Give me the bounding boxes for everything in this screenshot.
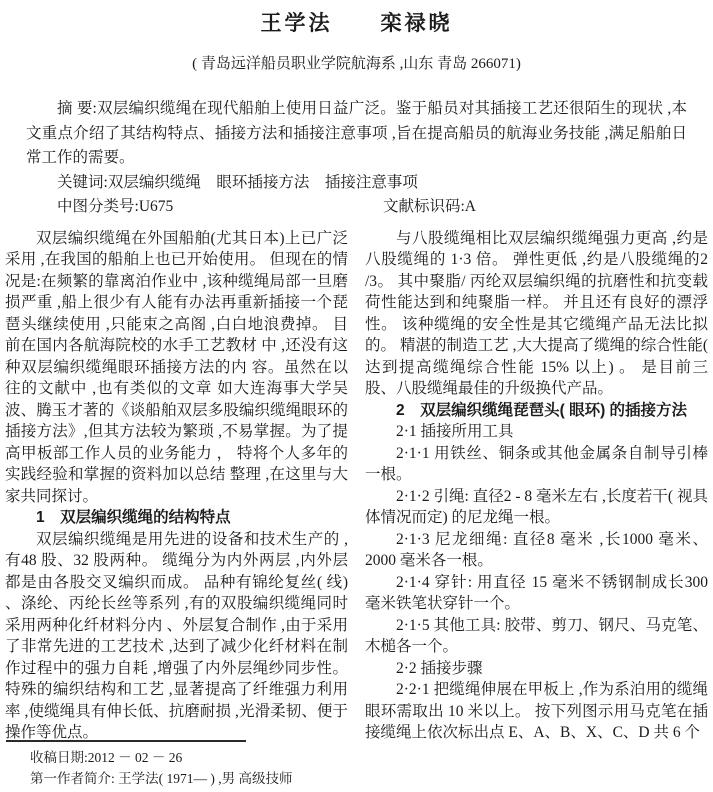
keywords-line: 关键词:双层编织缆绳 眼环插接方法 插接注意事项 — [26, 171, 687, 196]
tool-item-2-1-4: 2·1·4 穿针: 用直径 15 毫米不锈钢制成长300 毫米铁笔状穿针一个。 — [365, 572, 708, 615]
tool-item-2-1-3: 2·1·3 尼龙细绳: 直径8 毫米 ,长1000 毫米、2000 毫米各一根。 — [365, 529, 708, 572]
clc-number: 中图分类号:U675 — [26, 195, 383, 220]
first-author-bio: 第一作者简介: 王学法( 1971— ) ,男 高级技师 — [6, 768, 356, 789]
keywords-text: 双层编织缆绳 眼环插接方法 插接注意事项 — [108, 174, 418, 191]
affiliation: ( 青岛远洋船员职业学院航海系 ,山东 青岛 266071) — [0, 53, 713, 75]
footnote-divider — [6, 740, 246, 742]
tool-item-2-1-5: 2·1·5 其他工具: 胶带、剪刀、钢尺、马克笔、木槌各一个。 — [365, 615, 708, 658]
document-code: 文献标识码:A — [383, 195, 476, 220]
tool-item-2-1-1: 2·1·1 用铁丝、铜条或其他金属条自制导引棒一根。 — [365, 443, 708, 486]
doc-code-label: 文献标识码: — [383, 198, 465, 215]
keywords-label: 关键词: — [57, 174, 108, 191]
subsection-heading-2-2: 2·2 插接步骤 — [365, 658, 708, 680]
comparison-paragraph: 与八股缆绳相比双层编织缆绳强力更高 ,约是八股缆绳的 1·3 倍。 弹性更低 ,… — [365, 228, 708, 400]
abstract-paragraph: 摘 要:双层编织缆绳在现代船舶上使用日益广泛。鉴于船员对其插接工艺还很陌生的现状… — [26, 97, 687, 171]
clc-value: U675 — [139, 198, 173, 215]
left-column: 双层编织缆绳在外国船舶(尤其日本)上已广泛采用 ,在我国的船舶上也已开始使用。 … — [5, 228, 348, 744]
structure-paragraph: 双层编织缆绳是用先进的设备和技术生产的 ,有48 股、32 股两种。 缆绳分为内… — [5, 529, 348, 744]
intro-paragraph: 双层编织缆绳在外国船舶(尤其日本)上已广泛采用 ,在我国的船舶上也已开始使用。 … — [5, 228, 348, 508]
footnote: 收稿日期:2012 － 02 － 26 第一作者简介: 王学法( 1971— )… — [6, 740, 356, 789]
section-heading-2: 2 双层编织缆绳琵琶头( 眼环) 的插接方法 — [365, 400, 708, 422]
front-matter: 摘 要:双层编织缆绳在现代船舶上使用日益广泛。鉴于船员对其插接工艺还很陌生的现状… — [26, 97, 687, 220]
classification-row: 中图分类号:U675 文献标识码:A — [26, 195, 687, 220]
clc-label: 中图分类号: — [57, 198, 139, 215]
received-date: 收稿日期:2012 － 02 － 26 — [6, 747, 356, 768]
tool-item-2-1-2: 2·1·2 引绳: 直径2 - 8 毫米左右 ,长度若干( 视具体情况而定) 的… — [365, 486, 708, 529]
page-title-authors: 王学法 栾禄晓 — [0, 0, 713, 36]
subsection-heading-2-1: 2·1 插接所用工具 — [365, 421, 708, 443]
right-column: 与八股缆绳相比双层编织缆绳强力更高 ,约是八股缆绳的 1·3 倍。 弹性更低 ,… — [365, 228, 708, 744]
step-item-2-2-1: 2·2·1 把缆绳伸展在甲板上 ,作为系泊用的缆绳眼环需取出 10 米以上。 按… — [365, 679, 708, 744]
two-column-body: 双层编织缆绳在外国船舶(尤其日本)上已广泛采用 ,在我国的船舶上也已开始使用。 … — [5, 228, 708, 744]
abstract-label: 摘 要: — [57, 100, 97, 117]
abstract-text: 双层编织缆绳在现代船舶上使用日益广泛。鉴于船员对其插接工艺还很陌生的现状 ,本文… — [26, 100, 687, 166]
section-heading-1: 1 双层编织缆绳的结构特点 — [5, 507, 348, 529]
doc-code-value: A — [465, 198, 476, 215]
